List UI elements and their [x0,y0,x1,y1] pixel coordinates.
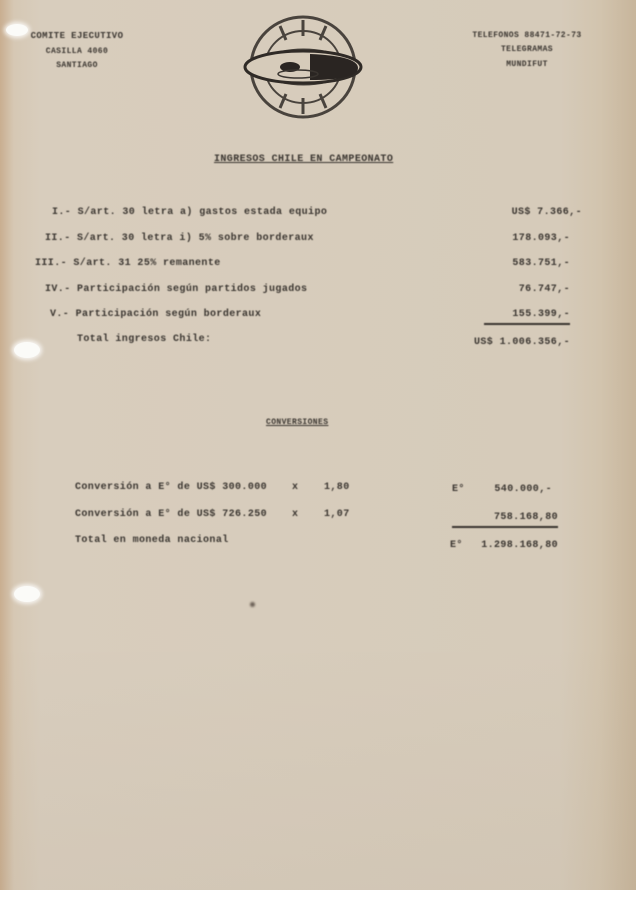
conversion-total-currency: E° [450,540,463,551]
conversion-rate: 1,80 [324,482,350,493]
conversion-label: Conversión a E° de US$ 300.000 [75,482,267,493]
income-item-amount: 583.751,- [440,258,570,269]
conversion-rate-op: x [292,509,298,520]
income-item-amount: US$ 7.366,- [440,207,582,218]
income-item-label: III.- S/art. 31 25% remanente [35,258,221,269]
conversion-rate-op: x [292,482,298,493]
punch-hole [14,342,40,358]
income-item-amount: 76.747,- [440,284,570,295]
conversion-total-amount: 1.298.168,80 [465,540,558,551]
conversions-title: CONVERSIONES [266,418,328,427]
punch-hole [14,586,40,602]
letterhead-right-line3: MUNDIFUT [462,60,592,69]
income-item-label: II.- S/art. 30 letra i) 5% sobre bordera… [45,233,314,244]
conversion-rate: 1,07 [324,509,350,520]
conversion-label: Conversión a E° de US$ 726.250 [75,509,267,520]
world-cup-emblem-icon [240,12,366,122]
income-item-label: V.- Participación según borderaux [50,309,261,320]
letterhead-right-line2: TELEGRAMAS [462,45,592,54]
conversion-total-label: Total en moneda nacional [75,535,229,546]
income-total-amount: US$ 1.006.356,- [420,337,570,348]
letterhead-right-line1: TELEFONOS 88471-72-73 [462,31,592,40]
letterhead-left-line3: SANTIAGO [22,61,132,70]
punch-hole [6,24,28,36]
income-item-amount: 178.093,- [440,233,570,244]
ink-speck [250,602,255,607]
income-total-label: Total ingresos Chile: [77,334,211,345]
income-item-label: I.- S/art. 30 letra a) gastos estada equ… [52,207,327,218]
document-title: INGRESOS CHILE EN CAMPEONATO [214,154,393,165]
income-item-amount: 155.399,- [440,309,570,320]
income-item-label: IV.- Participación según partidos jugado… [45,284,307,295]
conversion-amount: 540.000,- [470,484,552,495]
letterhead-left-line2: CASILLA 4060 [22,47,132,56]
subtotal-rule [484,323,570,325]
document-page: COMITE EJECUTIVO CASILLA 4060 SANTIAGO T… [0,0,636,890]
conversion-currency: E° [452,484,465,495]
conversion-subtotal-rule [452,526,558,528]
letterhead-left-line1: COMITE EJECUTIVO [22,31,132,41]
conversion-amount: 758.168,80 [470,512,558,523]
